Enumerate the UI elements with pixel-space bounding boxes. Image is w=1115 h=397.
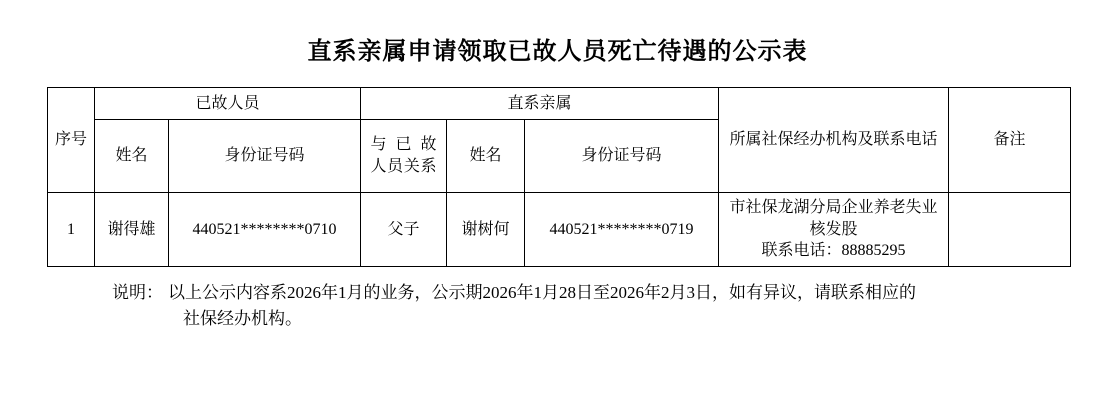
header-deceased-id-cell: 身份证号码 bbox=[169, 120, 361, 193]
table-header-row-1: 序号 已故人员 直系亲属 所属社保经办机构及联系电话 备注 bbox=[48, 88, 1071, 120]
footnote: 说明： 以上公示内容系2026年1月的业务，公示期2026年1月28日至2026… bbox=[112, 280, 916, 332]
header-deceased-name-cell: 姓名 bbox=[95, 120, 169, 193]
notice-page: 直系亲属申请领取已故人员死亡待遇的公示表 序号 已故人员 直系亲属 所属社保经办… bbox=[0, 0, 1115, 397]
row-relative-id-cell: 440521********0719 bbox=[525, 193, 719, 267]
header-relative-name-cell: 姓名 bbox=[447, 120, 525, 193]
agency-line-2: 核发股 bbox=[722, 219, 945, 241]
header-seq-cell: 序号 bbox=[48, 88, 95, 193]
row-relation-cell: 父子 bbox=[361, 193, 447, 267]
header-relative-id-cell: 身份证号码 bbox=[525, 120, 719, 193]
notice-table: 序号 已故人员 直系亲属 所属社保经办机构及联系电话 备注 姓名 身份证号码 与… bbox=[47, 87, 1071, 267]
footnote-line-2: 社保经办机构。 bbox=[183, 306, 916, 332]
footnote-label: 说明： bbox=[112, 280, 163, 306]
agency-line-1: 市社保龙湖分局企业养老失业 bbox=[722, 197, 945, 219]
table-row: 1 谢得雄 440521********0710 父子 谢树何 440521**… bbox=[48, 193, 1071, 267]
agency-line-3: 联系电话：88885295 bbox=[722, 240, 945, 262]
agency-lines: 市社保龙湖分局企业养老失业 核发股 联系电话：88885295 bbox=[722, 197, 945, 262]
row-remarks-cell bbox=[949, 193, 1071, 267]
row-deceased-id-cell: 440521********0710 bbox=[169, 193, 361, 267]
relation-header-lines: 与已故 人员关系 bbox=[371, 134, 437, 177]
row-agency-cell: 市社保龙湖分局企业养老失业 核发股 联系电话：88885295 bbox=[719, 193, 949, 267]
page-title: 直系亲属申请领取已故人员死亡待遇的公示表 bbox=[0, 31, 1115, 66]
row-relative-name-cell: 谢树何 bbox=[447, 193, 525, 267]
header-agency-cell: 所属社保经办机构及联系电话 bbox=[719, 88, 949, 193]
header-relation-cell: 与已故 人员关系 bbox=[361, 120, 447, 193]
row-deceased-name-cell: 谢得雄 bbox=[95, 193, 169, 267]
footnote-text: 以上公示内容系2026年1月的业务，公示期2026年1月28日至2026年2月3… bbox=[168, 280, 916, 332]
relation-header-line-2: 人员关系 bbox=[371, 156, 437, 178]
header-relative-group-cell: 直系亲属 bbox=[361, 88, 719, 120]
row-seq-cell: 1 bbox=[48, 193, 95, 267]
footnote-line-1: 以上公示内容系2026年1月的业务，公示期2026年1月28日至2026年2月3… bbox=[168, 283, 916, 302]
relation-header-line-1: 与已故 bbox=[371, 134, 437, 156]
header-remarks-cell: 备注 bbox=[949, 88, 1071, 193]
header-deceased-group-cell: 已故人员 bbox=[95, 88, 361, 120]
